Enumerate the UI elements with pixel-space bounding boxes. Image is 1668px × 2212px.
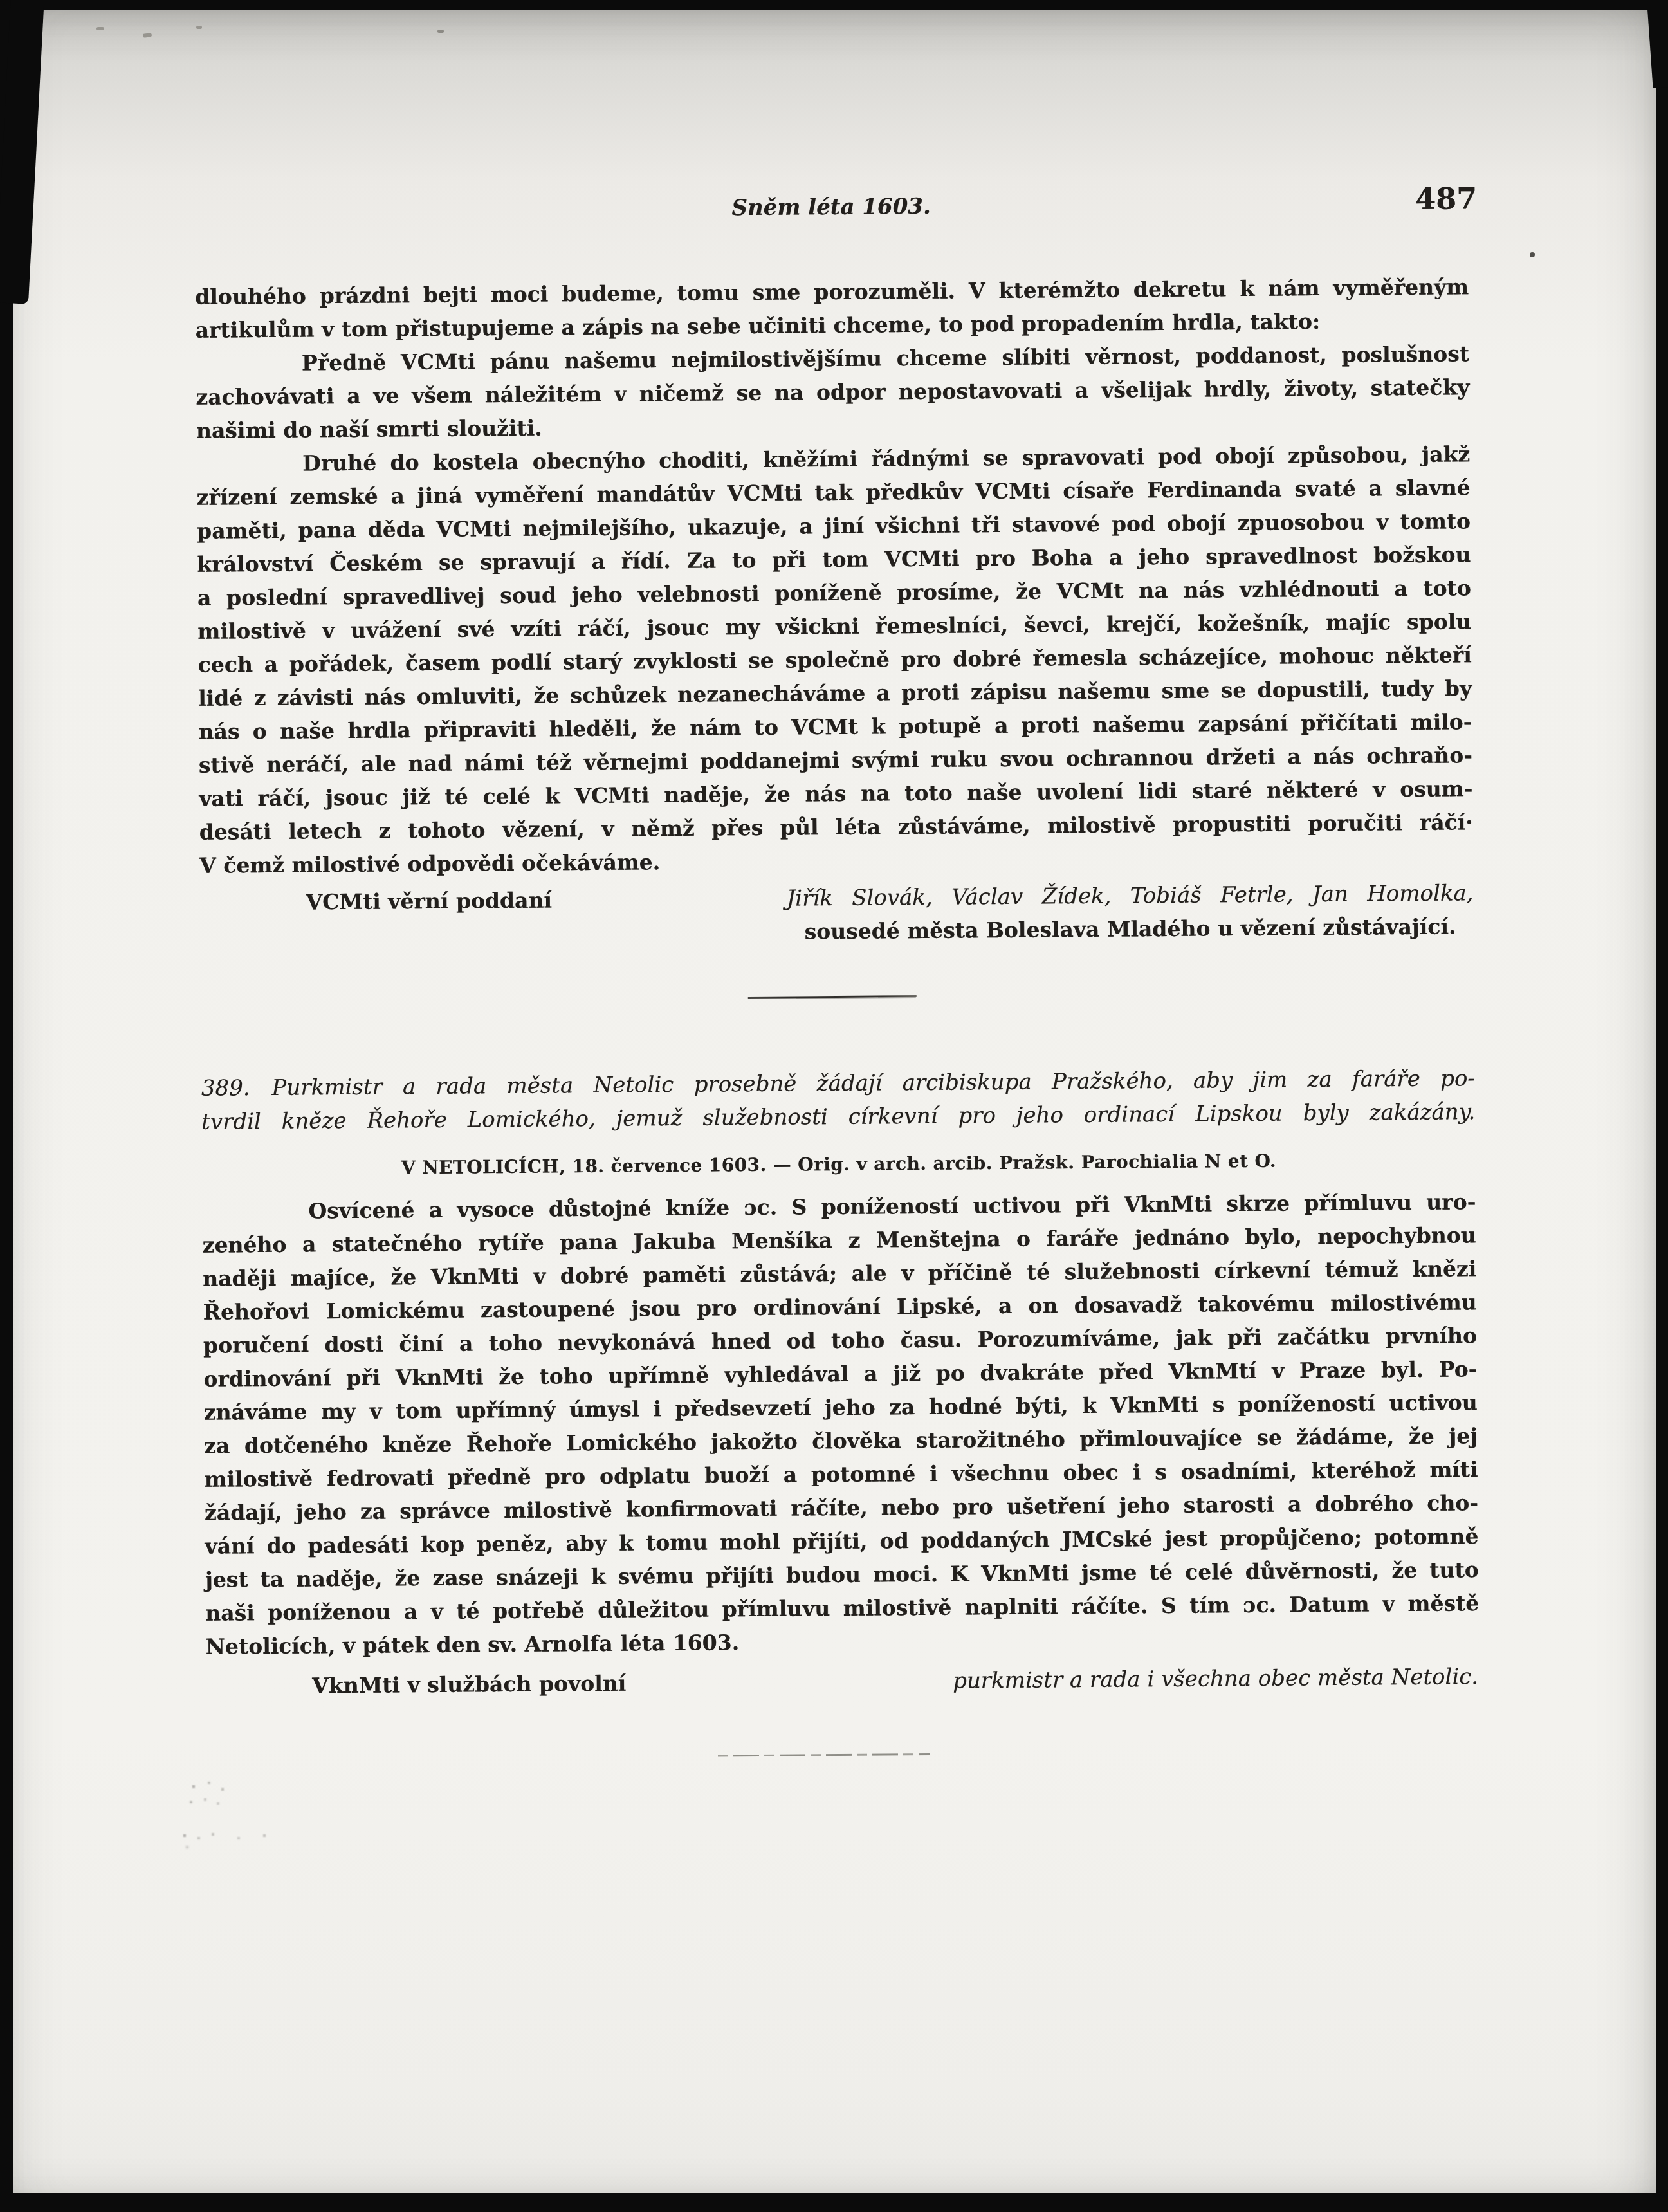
signature-right: purkmistr a rada i všechna obec města Ne… [953,1660,1478,1697]
page-content: Sněm léta 1603. 487 dlouhého prázdni bej… [193,0,1484,2212]
signature-row: VknMti v službách povolní purkmistr a ra… [206,1660,1480,1704]
scan-edge-left [0,0,13,2212]
scan-speck [96,27,104,30]
scan-edge-right [1656,0,1668,2212]
document-389-body: Osvícené a vysoce důstojné kníže ɔc. S p… [202,1185,1480,1664]
scan-edge-top [0,0,1668,10]
scan-speck [143,33,152,38]
signature-left: VknMti v službách povolní [312,1667,627,1703]
document-389-dateline: V NETOLICÍCH, 18. července 1603. — Orig.… [202,1145,1476,1184]
paragraph: Druhé do kostela obecnýho choditi, kněží… [196,438,1473,883]
signature-left: VCMti věrní poddaní [306,883,552,919]
document-text-continuation: dlouhého prázdni bejti moci budeme, tomu… [195,270,1474,954]
scan-edge-bottom [0,2193,1668,2212]
signature-row: VCMti věrní poddaní Jiřík Slovák, Václav… [199,876,1474,954]
scan-edge-corner-topright [1646,0,1668,88]
signature-right: Jiřík Slovák, Václav Žídek, Tobiáš Fetrl… [786,876,1474,948]
scan-smudge [187,1781,188,1782]
scan-speck [1530,252,1535,257]
paragraph: Předně VCMti pánu našemu nejmilostivější… [196,337,1470,448]
end-divider [718,1753,930,1757]
running-head: Sněm léta 1603. 487 [194,185,1468,241]
scanned-book-page: Sněm léta 1603. 487 dlouhého prázdni bej… [0,0,1668,2212]
document-389-heading: 389. Purkmistr a rada města Netolic pros… [201,1062,1476,1139]
signature-names-below: sousedé města Boleslava Mladého u vězení… [787,910,1474,948]
running-head-title: Sněm léta 1603. [194,185,1468,229]
scan-speck [196,26,202,29]
paragraph: dlouhého prázdni bejti moci budeme, tomu… [195,270,1469,347]
scan-speck [437,30,444,33]
scan-smudge [179,1832,180,1834]
page-number: 487 [1415,181,1477,216]
section-divider [748,995,917,999]
signature-names: Jiřík Slovák, Václav Žídek, Tobiáš Fetrl… [786,876,1473,915]
